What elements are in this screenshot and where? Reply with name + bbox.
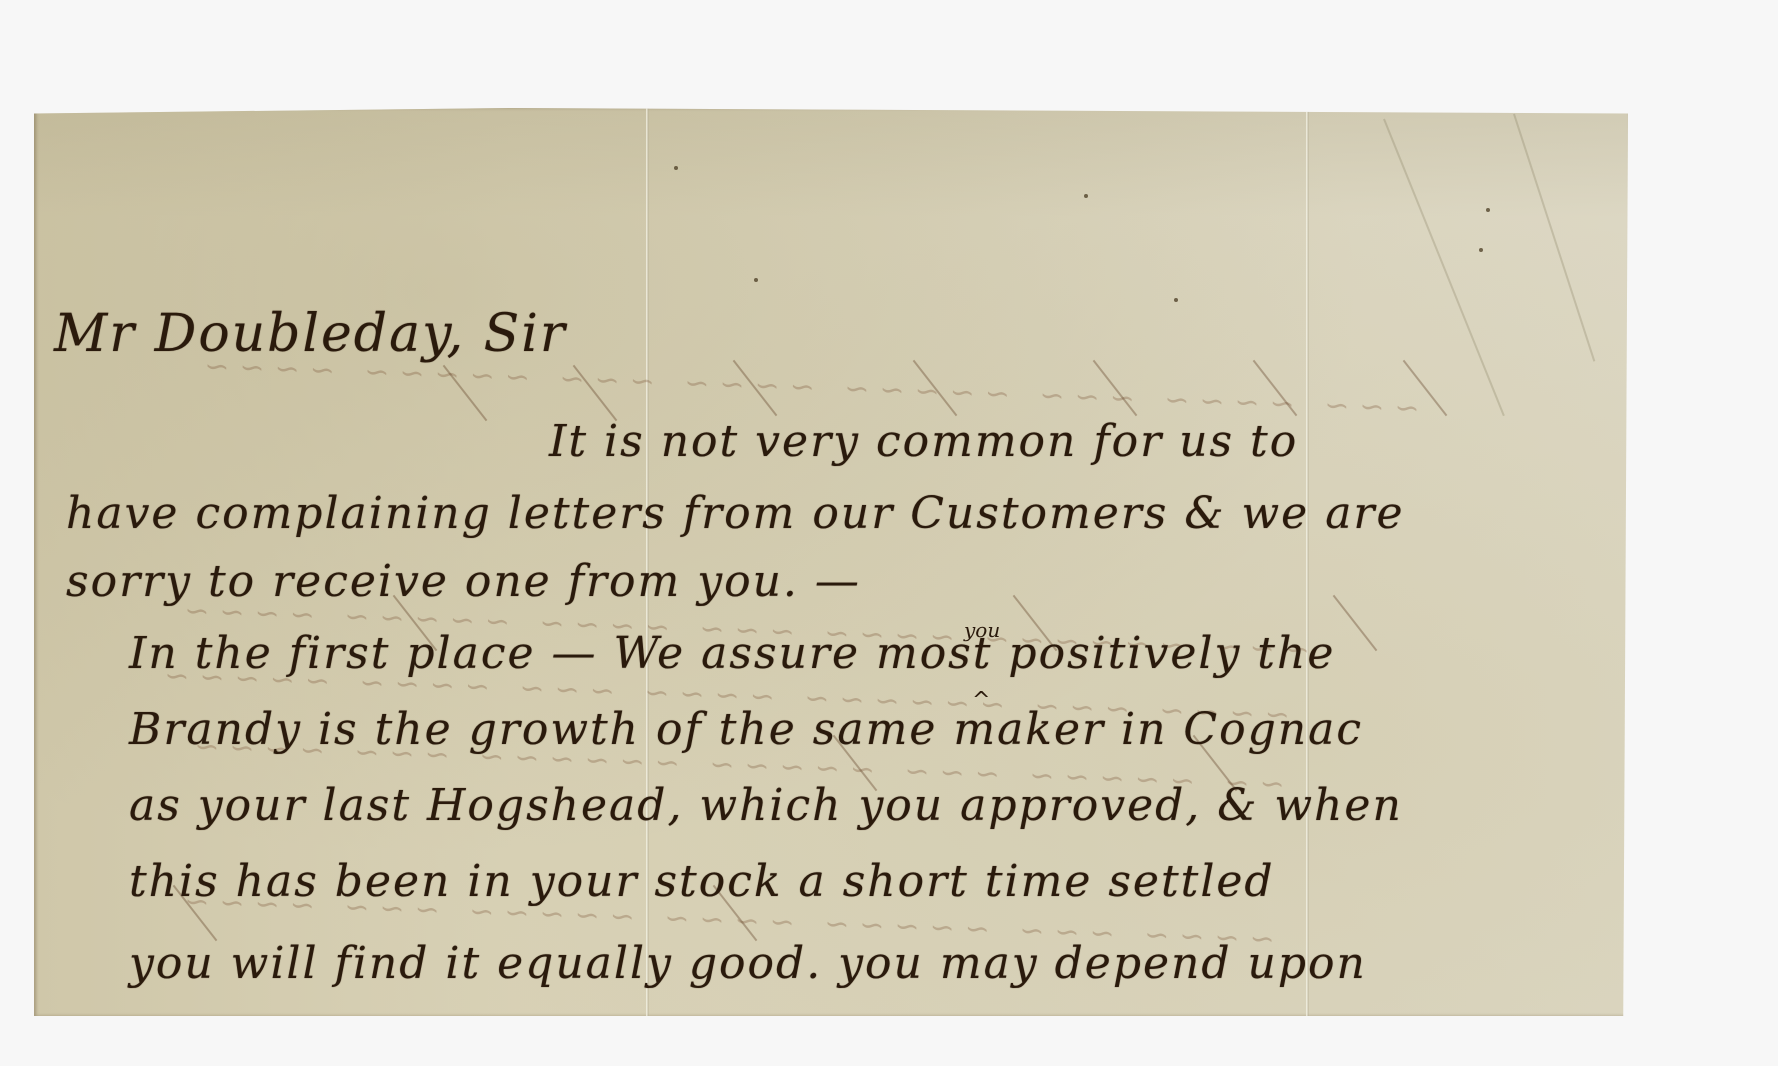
bleed-through-stroke xyxy=(1333,595,1378,651)
paper-speck xyxy=(754,278,758,282)
letter-line-7: this has been in your stock a short time… xyxy=(129,856,1275,907)
letter-line-4: In the first place — We assure most posi… xyxy=(129,628,1335,679)
letter-paper: ~~~ ~~~~ ~~~ ~~~~~ ~~~~ ~~~ ~~~~~ ~~~~ ~… xyxy=(34,108,1628,1016)
paper-speck xyxy=(674,166,678,170)
letter-line-5: Brandy is the growth of the same maker i… xyxy=(129,704,1363,755)
letter-line-8: you will find it equally good. you may d… xyxy=(129,938,1367,989)
paper-crease xyxy=(1513,114,1595,362)
paper-speck xyxy=(1479,248,1483,252)
paper-crease xyxy=(1383,119,1505,416)
paper-fold-line xyxy=(1306,108,1309,1016)
letter-line-2: have complaining letters from our Custom… xyxy=(66,488,1405,539)
letter-salutation: Mr Doubleday, Sir xyxy=(54,304,567,364)
letter-line-1: It is not very common for us to xyxy=(549,416,1298,467)
page-background: ~~~ ~~~~ ~~~ ~~~~~ ~~~~ ~~~ ~~~~~ ~~~~ ~… xyxy=(0,0,1778,1066)
letter-line-3: sorry to receive one from you. — xyxy=(66,556,861,607)
paper-speck xyxy=(1174,298,1178,302)
letter-line-6: as your last Hogshead, which you approve… xyxy=(129,780,1403,831)
paper-speck xyxy=(1486,208,1490,212)
paper-speck xyxy=(1084,194,1088,198)
